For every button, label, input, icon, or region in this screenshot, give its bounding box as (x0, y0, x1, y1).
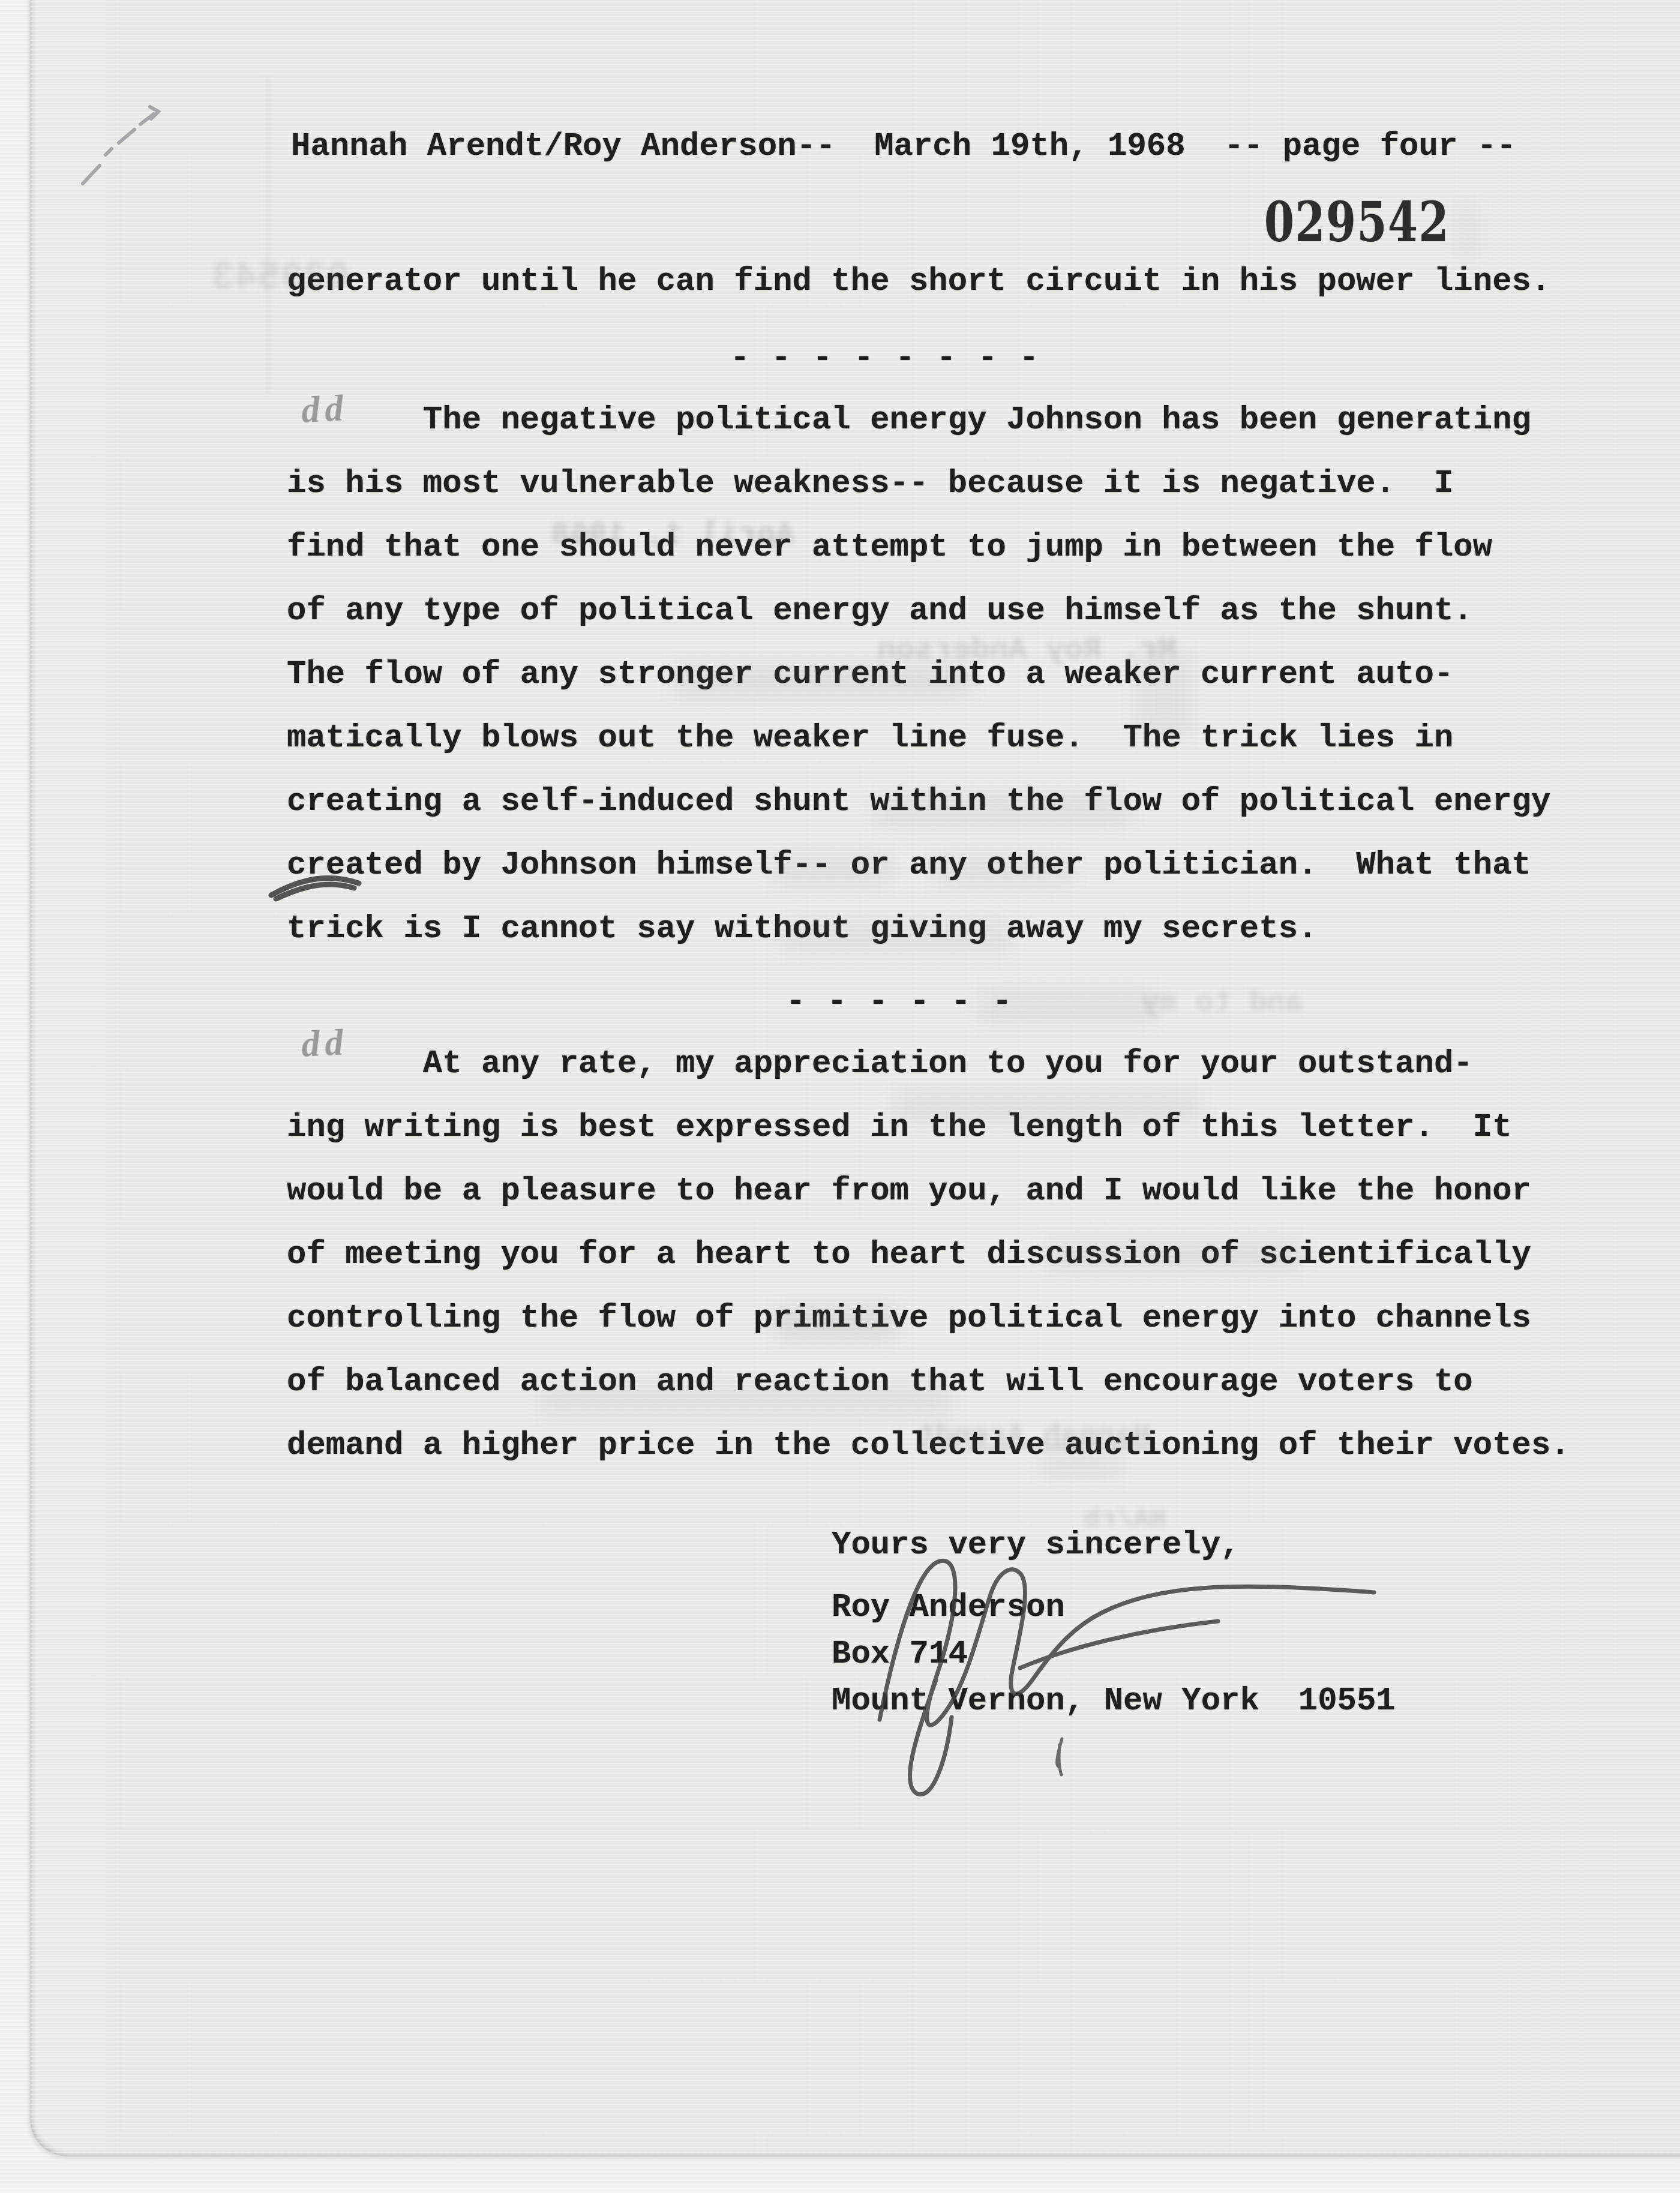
bleedthrough-smudge (780, 920, 1014, 953)
typed-line: controlling the flow of primitive politi… (287, 1287, 1570, 1351)
bleedthrough-smudge (893, 1091, 1202, 1123)
section-separator-1: - - - - - - - - (730, 343, 1040, 375)
bleedthrough-smudge (1455, 205, 1479, 259)
letter-paper: Hannah Arendt/Roy Anderson-- March 19th,… (30, 0, 1680, 2156)
ghost-stamp-number: 029543 (211, 259, 349, 298)
typed-line: of meeting you for a heart to heart disc… (287, 1223, 1570, 1287)
bleedthrough-smudge (539, 1384, 954, 1417)
bleedthrough-smudge (1134, 649, 1194, 739)
typed-line: would be a pleasure to hear from you, an… (287, 1160, 1570, 1223)
pen-mark (1057, 1739, 1062, 1775)
address-line-2: Mount Vernon, New York 10551 (832, 1685, 1396, 1718)
bleedthrough-smudge (672, 664, 972, 697)
typed-line: created by Johnson himself-- or any othe… (287, 834, 1550, 898)
bleedthrough-smudge (978, 989, 1158, 1024)
signer-name: Roy Anderson (832, 1592, 1065, 1624)
bleedthrough-smudge (1043, 1240, 1304, 1271)
scanned-letter-page: Hannah Arendt/Roy Anderson-- March 19th,… (0, 0, 1680, 2193)
address-line-1: Box 714 (832, 1639, 968, 1671)
paper-crease (266, 76, 269, 394)
ghost-phrase: and to my (1141, 989, 1303, 1019)
ghost-typist-initials: HA/rb (1084, 1506, 1166, 1534)
ghost-signature-name: Hannah Arendt (917, 1422, 1151, 1452)
bleedthrough-smudge (771, 854, 894, 887)
typed-line: At any rate, my appreciation to you for … (287, 1033, 1570, 1096)
bleedthrough-smudge (873, 793, 1131, 826)
page-header: Hannah Arendt/Roy Anderson-- March 19th,… (291, 131, 1516, 163)
typed-line: find that one should never attempt to ju… (287, 516, 1550, 580)
typed-line: The negative political energy Johnson ha… (287, 389, 1550, 452)
typed-line: is his most vulnerable weakness-- becaus… (287, 452, 1550, 516)
opening-line: generator until he can find the short ci… (287, 266, 1550, 298)
bleedthrough-smudge (931, 854, 1075, 887)
ghost-date: April 1, 1968 (551, 520, 794, 551)
pencil-scribble (83, 107, 158, 184)
valediction: Yours very sincerely, (832, 1529, 1240, 1562)
ghost-recipient: Mr. Roy Anderson (877, 635, 1177, 666)
typed-line: matically blows out the weaker line fuse… (287, 707, 1550, 770)
bleedthrough-smudge (1039, 1451, 1124, 1478)
bleedthrough-smudge (773, 1307, 899, 1340)
archive-stamp-number: 029542 (1264, 194, 1450, 250)
